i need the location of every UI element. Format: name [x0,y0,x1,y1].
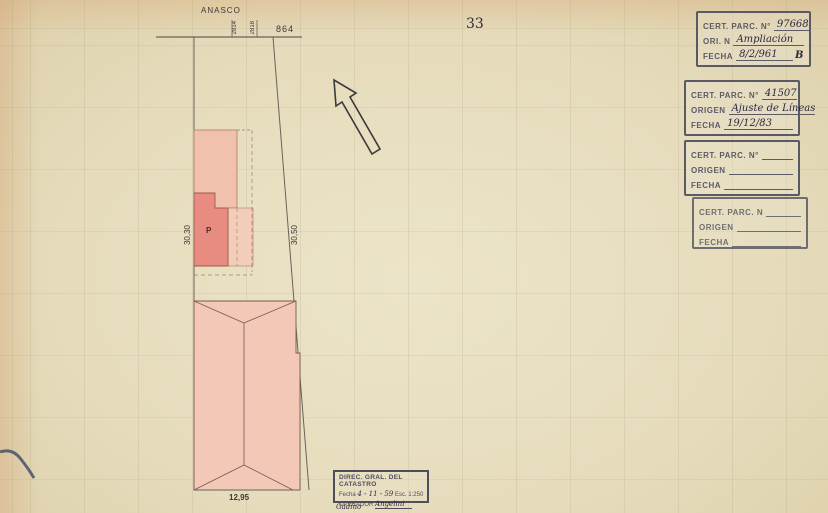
origin-label: ORI. N [703,37,730,46]
left-side-measure: 30,30 [183,225,192,245]
date-value: 19/12/83 [724,118,793,130]
cert-value [766,216,801,217]
street-name: ANASCO [201,6,241,15]
certificate-stamp-4: CERT. PARC. N ORIGEN FECHA [692,197,808,249]
origin-value [729,174,793,175]
stamp-date-label: Fecha [339,492,356,498]
frontage-number-2: 2818 [250,21,256,34]
date-label: FECHA [699,238,729,247]
cert-label: CERT. PARC. N [699,208,763,217]
operator-stamp: DIREC. GRAL. DEL CATASTRO Fecha 4 - 11 -… [333,470,429,503]
date-value [724,189,793,190]
plot-plan-drawing [0,0,828,513]
origin-value: Ampliación [733,34,804,46]
stamp-suffix: B [795,50,804,61]
origin-label: ORIGEN [699,223,734,232]
date-label: FECHA [691,121,721,130]
origin-value [737,231,801,232]
cert-value: 97668 [774,19,809,31]
operator-value: Angelini [375,500,412,509]
date-label: FECHA [703,52,733,61]
signature: Gadino [336,503,361,511]
cert-label: CERT. PARC. N° [703,22,771,31]
building-label: P [206,226,212,235]
date-value [732,246,801,247]
cert-value [762,159,793,160]
sheet-number: 33 [466,16,484,32]
origin-value: Ajuste de Líneas [729,103,816,115]
cert-label: CERT. PARC. N° [691,91,759,100]
stamp-scale: Esc. 1:250 [395,492,423,498]
date-label: FECHA [691,181,721,190]
frontage-number-1: 2814 [232,21,238,34]
cert-label: CERT. PARC. N° [691,151,759,160]
certificate-stamp-2: CERT. PARC. N°41507 ORIGENAjuste de Líne… [684,80,800,136]
origin-label: ORIGEN [691,166,726,175]
certificate-stamp-3: CERT. PARC. N° ORIGEN FECHA [684,140,800,196]
office-title: DIREC. GRAL. DEL CATASTRO [339,474,423,488]
street-number: 864 [276,24,294,34]
origin-label: ORIGEN [691,106,726,115]
cert-value: 41507 [762,88,797,100]
right-side-measure: 30,50 [290,225,299,245]
date-value: 8/2/961 [736,49,793,61]
stamp-date-value: 4 - 11 - 59 [357,490,393,498]
cadastral-card: ANASCO 864 2814 2818 33 30,30 30,50 12,9… [0,0,828,513]
north-arrow-icon [334,80,380,154]
certificate-stamp-1: CERT. PARC. N°97668 ORI. NAmpliación FEC… [696,11,811,67]
front-measure: 12,95 [229,493,249,502]
